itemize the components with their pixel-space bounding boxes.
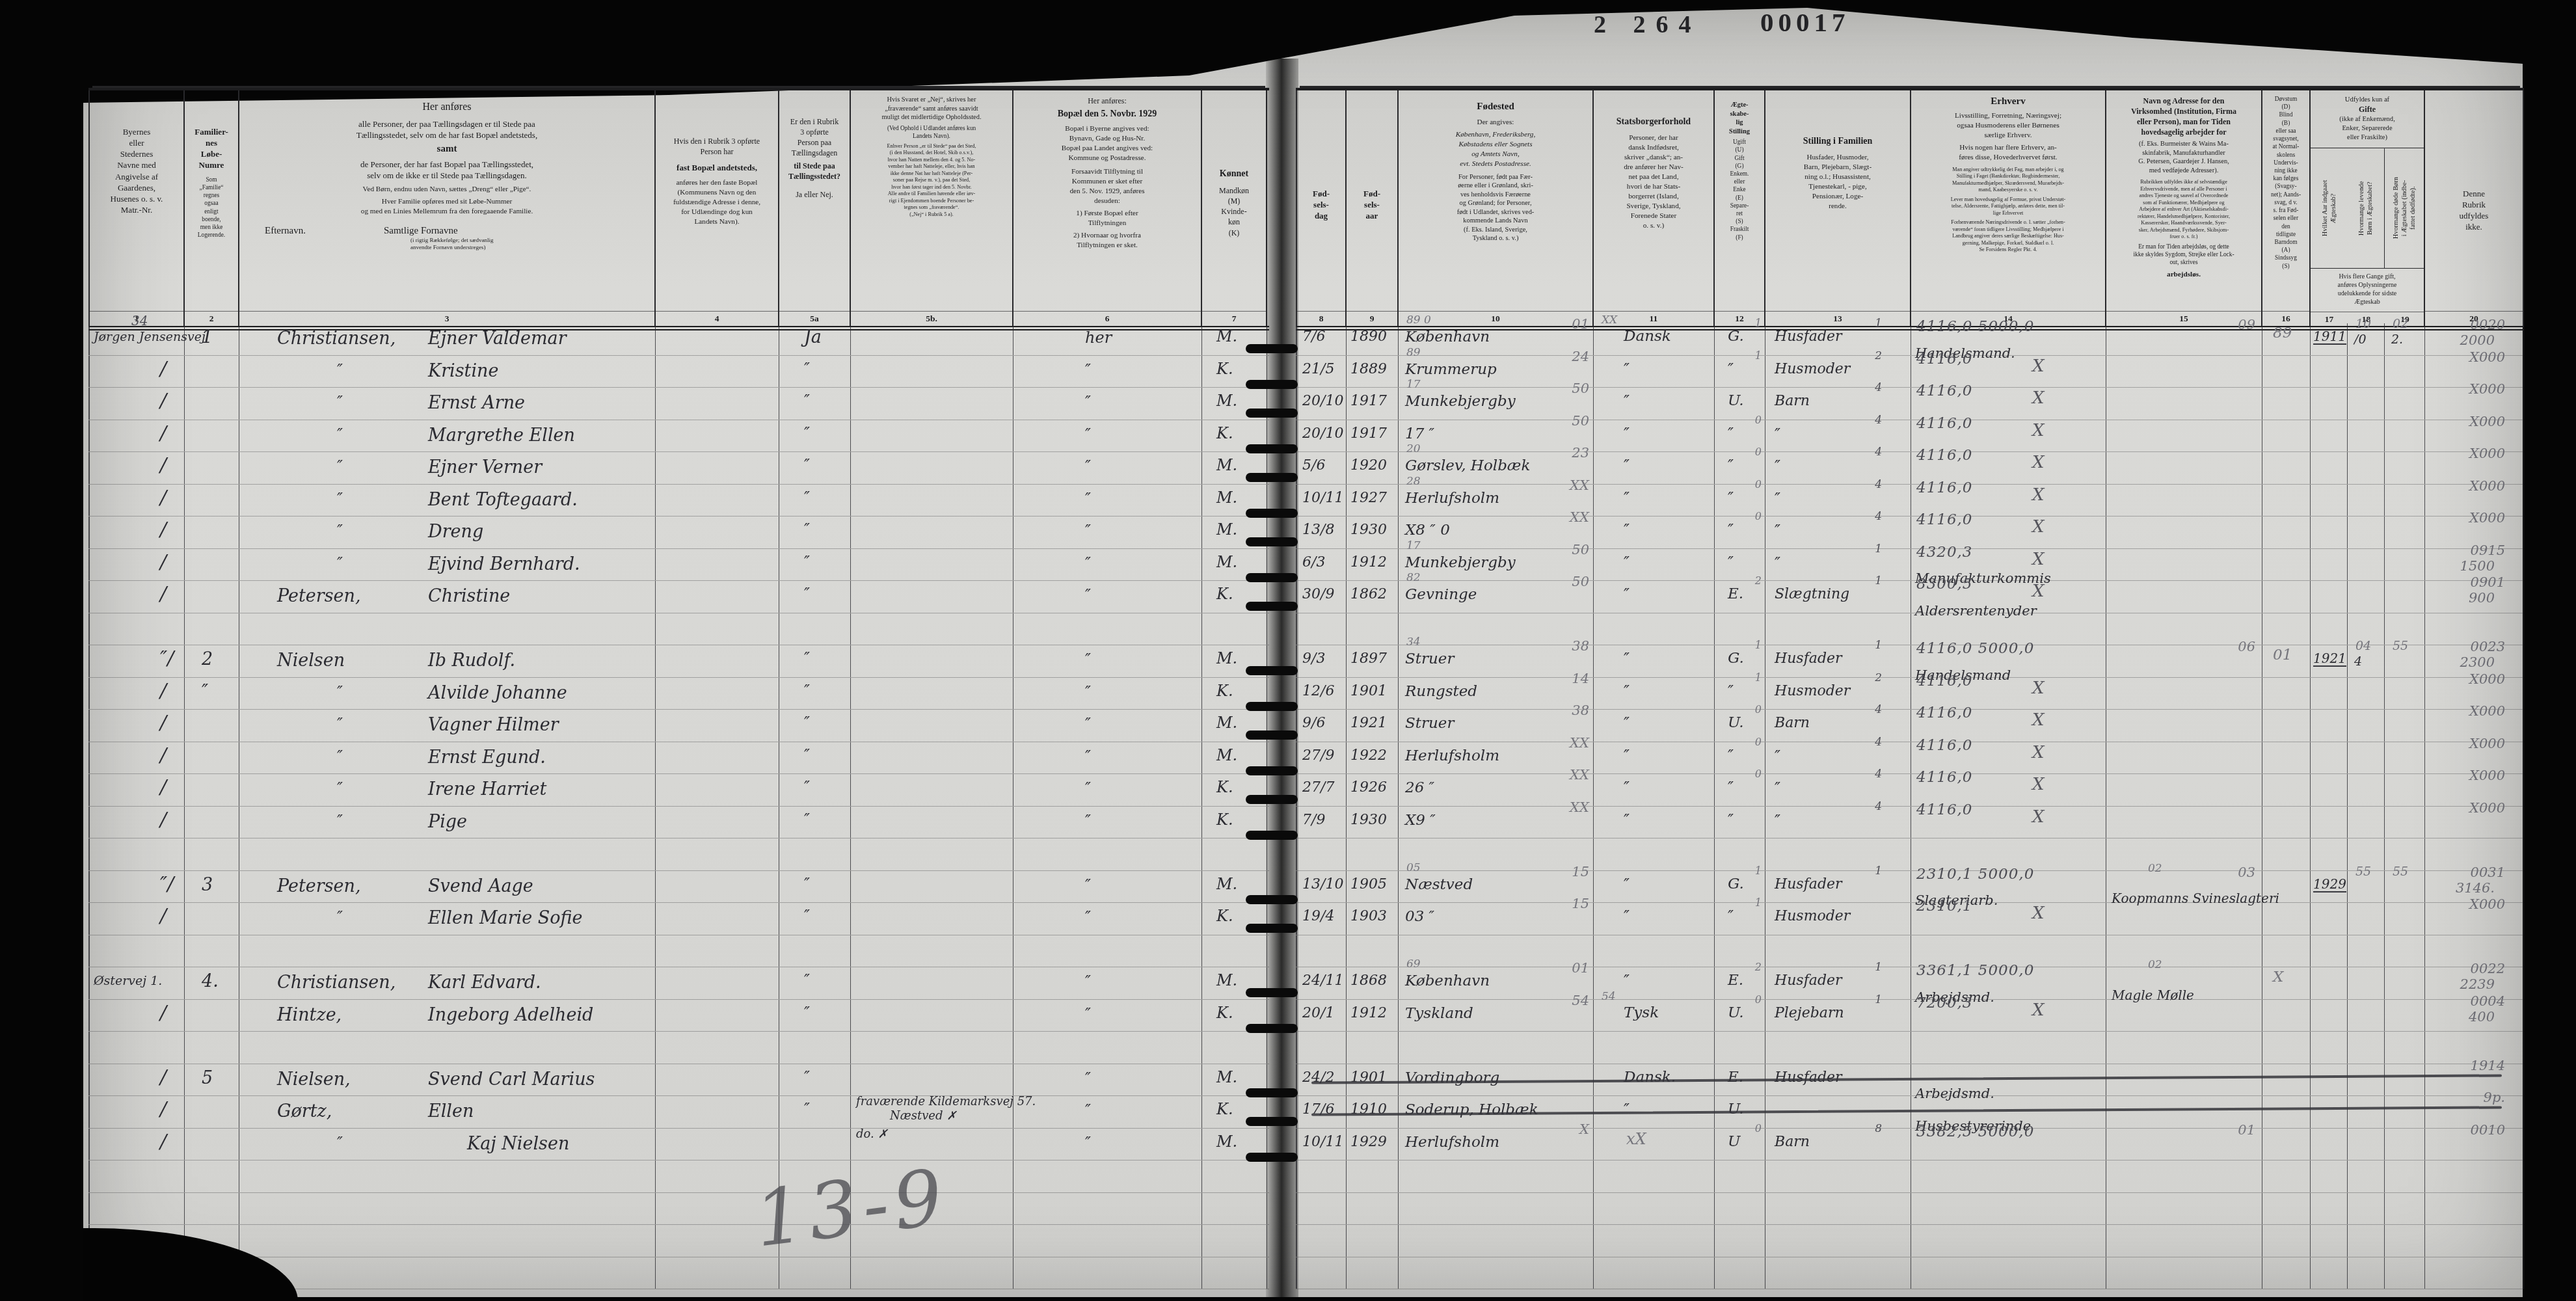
cell-employer: [2106, 420, 2262, 452]
cell-family-position: Husmoder: [1765, 903, 1911, 935]
cell-employer: 02Magle Mølle: [2106, 967, 2262, 999]
birth-day-text: 20/1: [1302, 1006, 1334, 1021]
marital-status-text: ″: [1728, 490, 1734, 506]
given-name-text: Alvilde Johanne: [428, 684, 567, 702]
present-text: ″: [804, 779, 810, 795]
cell-birth-day: 17/6: [1296, 1096, 1347, 1128]
cell-present: ″: [779, 420, 851, 452]
census-row-right: [1296, 838, 2524, 871]
birthplace-text: Herlufsholm: [1405, 491, 1499, 506]
cell-address: /: [88, 420, 185, 452]
cell-name: [239, 1225, 656, 1257]
birthplace-text: 03 ″: [1405, 909, 1434, 924]
cell-birth-day: [1296, 1160, 1347, 1192]
family-position-code: 1: [1875, 318, 1882, 329]
census-row-left: /″Ernst Arne″″M.: [88, 388, 1269, 420]
cell-family-position: Slægtning1: [1765, 581, 1911, 613]
cell-living-children: [2348, 1160, 2385, 1192]
cell-residence-1929: [1013, 935, 1202, 967]
present-text: ″: [804, 490, 810, 505]
cell-living-children: [2348, 1225, 2385, 1257]
cell-family-number: [185, 549, 239, 581]
cell-present: [779, 613, 851, 645]
birthplace-text: Herlufsholm: [1405, 749, 1499, 764]
cell-occupation: [1911, 1160, 2106, 1192]
family-position-text: ″: [1775, 523, 1780, 539]
cell-citizenship: ″: [1594, 549, 1715, 581]
absent-line1: fraværende Kildemarksvej 57.: [856, 1096, 1036, 1108]
cell-residence-1929: [1013, 1032, 1202, 1064]
col3-text-1: alle Personer, der paa Tællingsdagen er …: [243, 118, 651, 141]
cell-dead-children: [2385, 356, 2425, 388]
cell-disability: [2262, 1000, 2311, 1032]
citizenship-text: xX: [1626, 1131, 1646, 1147]
family-position-text: Barn: [1775, 394, 1810, 409]
cell-birthplace: Tyskland54: [1399, 1000, 1594, 1032]
cell-citizenship: ″: [1594, 710, 1715, 742]
census-row-left: /″Bent Toftegaard.″″M.: [88, 485, 1269, 517]
cell-address: /: [88, 807, 185, 838]
right-page: Fød- sels- dag 8 Fød- sels- aar 9 Fødest…: [1296, 88, 2524, 330]
cell-birth-year: [1347, 1032, 1399, 1064]
census-row-left: /5Nielsen,Svend Carl Marius″″M.: [88, 1064, 1269, 1097]
cell-absent: [851, 516, 1013, 548]
cell-employer: [2106, 742, 2262, 774]
cell-present: ″: [779, 903, 851, 935]
col14-fine-1: Man angiver udtrykkelig det Fag, man arb…: [1914, 167, 2102, 194]
cell-birth-day: 9/6: [1296, 710, 1347, 742]
col15-fine-1: Rubrikken udfyldes ikke af selvstændige …: [2110, 179, 2258, 241]
cell-other-residence: [656, 742, 779, 774]
address-text: /: [160, 778, 167, 798]
statistics-code-top: 0020: [2471, 318, 2505, 332]
cell-residence-1929: ″: [1013, 774, 1202, 806]
citizenship-text: ″: [1624, 748, 1630, 764]
gutter-mark: [1246, 766, 1298, 775]
cell-birth-year: 1917: [1347, 388, 1399, 420]
cell-birth-year: 1910: [1347, 1096, 1399, 1128]
cell-birthplace: 82Gevninge50: [1399, 581, 1594, 613]
birth-day-text: 7/6: [1302, 330, 1325, 344]
statistics-code-top: 0023: [2471, 640, 2505, 654]
statistics-code-bottom: 2000: [2460, 334, 2495, 347]
cell-family-number: [185, 1129, 239, 1160]
cell-birthplace: [1399, 1257, 1594, 1289]
cell-citizenship: [1594, 1225, 1715, 1257]
marital-status-text: E.: [1728, 973, 1743, 988]
col7-title: Kønnet: [1205, 168, 1263, 180]
cell-birthplace: 34Struer38: [1399, 645, 1594, 677]
cell-birth-year: 1868: [1347, 967, 1399, 999]
cell-family-position: [1765, 1193, 1911, 1225]
cell-occupation: 4116,0X: [1911, 807, 2106, 838]
cell-living-children: [2348, 1032, 2385, 1064]
birthplace-code-pre: 69: [1406, 959, 1421, 970]
birth-day-text: 10/11: [1302, 491, 1343, 505]
cell-address: /: [88, 485, 185, 516]
marital-code: 0: [1755, 704, 1762, 715]
col19-rotated-label: Hvormange døde Børn i Ægteskabet (indbe-…: [2385, 148, 2425, 268]
statistics-code-top: X000: [2469, 382, 2505, 396]
cell-present: [779, 838, 851, 870]
birthplace-code-pre: 82: [1406, 572, 1421, 583]
marital-code: 0: [1755, 415, 1762, 425]
citizenship-text: ″: [1624, 973, 1630, 989]
cell-absent: [851, 356, 1013, 388]
birth-year-text: 1917: [1350, 427, 1387, 441]
col4-text-2: anføres her den faste Bopæl (Kommunens N…: [659, 178, 775, 227]
birthplace-text: 17 ″: [1405, 427, 1434, 442]
cell-marriage-year: [2311, 1160, 2348, 1192]
employer-code-pre: 02: [2148, 959, 2162, 971]
address-text: /: [160, 811, 167, 830]
census-row-left: [88, 1160, 1269, 1193]
cell-absent: [851, 742, 1013, 774]
cell-disability: [2262, 807, 2311, 838]
cell-family-number: 3: [185, 871, 239, 903]
census-row-left: [88, 838, 1269, 871]
cell-disability: [2262, 485, 2311, 516]
occupation-x-mark: X: [2032, 680, 2045, 697]
address-text: /: [160, 714, 167, 733]
cell-residence-1929: ″: [1013, 356, 1202, 388]
cell-marital-status: ″1: [1715, 356, 1765, 388]
cell-disability: [2262, 356, 2311, 388]
gutter-mark: [1246, 473, 1298, 482]
living-children-bottom: /0: [2354, 334, 2367, 346]
cell-family-position: Husfader1: [1765, 323, 1911, 355]
surname-text: ″: [337, 749, 343, 764]
cell-disability: [2262, 516, 2311, 548]
surname-text: ″: [337, 427, 343, 442]
col6-text-1: Bopæl i Byerne angives ved: Bynavn, Gade…: [1017, 124, 1198, 163]
cell-absent: [851, 678, 1013, 710]
census-row-left: Østervej 1.4.Christiansen,Karl Edvard.″″…: [88, 967, 1269, 1000]
sex-text: K.: [1216, 779, 1233, 795]
marital-status-text: E.: [1728, 587, 1743, 602]
cell-living-children: [2348, 388, 2385, 420]
cell-marriage-year: [2311, 838, 2348, 870]
statistics-code-top: X000: [2469, 511, 2505, 525]
birth-day-text: 6/3: [1302, 556, 1325, 570]
cell-disability: 01: [2262, 645, 2311, 677]
cell-name: Petersen,Svend Aage: [239, 871, 656, 903]
cell-birth-year: [1347, 1225, 1399, 1257]
cell-birthplace: 20Gørslev, Holbæk23: [1399, 452, 1594, 484]
cell-dead-children: [2385, 420, 2425, 452]
citizenship-text: ″: [1624, 716, 1630, 731]
family-position-code: 4: [1875, 801, 1882, 812]
cell-absent: [851, 549, 1013, 581]
marital-code: 1: [1755, 866, 1762, 876]
cell-family-number: 4.: [185, 967, 239, 999]
census-row-right: [1296, 1160, 2524, 1193]
cell-dead-children: [2385, 1257, 2425, 1289]
address-text: /: [160, 907, 167, 926]
cell-name: [239, 838, 656, 870]
cell-disability: [2262, 388, 2311, 420]
cell-present: [779, 1257, 851, 1289]
cell-birth-day: 24/11: [1296, 967, 1347, 999]
cell-employer: [2106, 581, 2262, 613]
sex-text: M.: [1216, 747, 1237, 763]
cell-address: /: [88, 1096, 185, 1128]
residence-text: ″: [1085, 459, 1091, 474]
col20-header: Denne Rubrik udfyldes ikke. 20: [2425, 90, 2524, 326]
birth-year-text: 1903: [1350, 909, 1387, 924]
family-position-code: 1: [1875, 866, 1882, 877]
dead-children-top: 02: [2393, 318, 2408, 330]
cell-birth-day: 21/5: [1296, 356, 1347, 388]
census-row-right: 6/3191217Munkebjergby50″″″14320,3XManufa…: [1296, 549, 2524, 582]
cell-birth-year: 1890: [1347, 323, 1399, 355]
family-position-code: 4: [1875, 511, 1882, 522]
cell-birth-day: 10/11: [1296, 485, 1347, 516]
birth-year-text: 1917: [1350, 394, 1387, 409]
family-position-text: ″: [1775, 749, 1780, 764]
address-text: /: [160, 1133, 167, 1152]
cell-disability: [2262, 1032, 2311, 1064]
cell-dead-children: [2385, 1225, 2425, 1257]
group-header-line2: (ikke af Enkemænd, Enker, Separerede ell…: [2313, 115, 2421, 142]
sex-text: M.: [1216, 522, 1237, 537]
sex-text: K.: [1216, 1005, 1233, 1021]
given-name-text: Ejner Valdemar: [428, 330, 567, 347]
cell-employer: [2106, 1160, 2262, 1192]
sex-text: M.: [1216, 1134, 1237, 1149]
sex-text: M.: [1216, 715, 1237, 731]
cell-absent: [851, 1032, 1013, 1064]
cell-address: [88, 1160, 185, 1192]
cell-marital-status: ″1: [1715, 903, 1765, 935]
surname-text: ″: [337, 684, 343, 700]
cell-living-children: [2348, 742, 2385, 774]
col11-header: Statsborgerforhold Personer, der har dan…: [1594, 90, 1715, 326]
cell-birth-year: 1927: [1347, 485, 1399, 516]
birth-year-text: 1922: [1350, 749, 1387, 763]
col7-header: Kønnet Mandkøn (M) Kvinde- køn (K) 7: [1202, 90, 1267, 326]
col5b-text-2: (Ved Ophold i Udlandet anføres kun Lande…: [854, 125, 1009, 141]
statistics-code-top: X000: [2469, 479, 2505, 493]
cell-absent: [851, 903, 1013, 935]
cell-absent: [851, 485, 1013, 516]
birth-day-text: 10/11: [1302, 1135, 1343, 1149]
cell-employer: [2106, 1032, 2262, 1064]
census-row-left: /″Ellen Marie Sofie″″K.: [88, 903, 1269, 935]
cell-birth-year: 1930: [1347, 516, 1399, 548]
occupation-x-mark: X: [2032, 776, 2045, 793]
col3-firstnames-label: Samtlige Fornavne: [384, 226, 458, 237]
cell-citizenship: ″: [1594, 774, 1715, 806]
col13-text: Husfader, Husmoder, Barn, Plejebarn, Slæ…: [1769, 153, 1907, 211]
cell-living-children: [2348, 549, 2385, 581]
cell-living-children: [2348, 1000, 2385, 1032]
marital-code: 0: [1755, 479, 1762, 490]
given-name-text: Kaj Nielsen: [467, 1135, 569, 1153]
cell-marriage-year: [2311, 1225, 2348, 1257]
census-row-left: /″Margrethe Ellen″″K.: [88, 420, 1269, 453]
marital-status-text: ″: [1728, 812, 1734, 828]
sex-text: M.: [1216, 393, 1237, 409]
marital-code: 0: [1755, 1123, 1762, 1134]
citizenship-code: 54: [1602, 991, 1616, 1002]
present-text: ″: [804, 361, 810, 377]
birthplace-code-post: XX: [1570, 768, 1589, 782]
residence-text: ″: [1085, 523, 1091, 539]
cell-living-children: [2348, 1257, 2385, 1289]
census-row-left: /″Ejvind Bernhard.″″M.: [88, 549, 1269, 582]
col10-header: Fødested Der angives: København, Frederi…: [1399, 90, 1594, 326]
cell-absent: [851, 967, 1013, 999]
cell-marriage-year: [2311, 613, 2348, 645]
cell-other-residence: [656, 581, 779, 613]
cell-present: ″: [779, 452, 851, 484]
census-row-left: /″″Alvilde Johanne″″K.: [88, 678, 1269, 710]
occupation-code: 2310,1 5000,0: [1916, 867, 2034, 882]
cell-employer: [2106, 774, 2262, 806]
cell-sex: [1202, 1032, 1267, 1064]
cell-employer: [2106, 549, 2262, 581]
family-position-code: 1: [1875, 576, 1882, 587]
cell-employer: [2106, 678, 2262, 710]
present-text: ″: [804, 812, 810, 827]
cell-family-number: [185, 613, 239, 645]
cell-address: /: [88, 356, 185, 388]
birth-year-text: 1920: [1350, 459, 1387, 473]
census-row-left: /″Vagner Hilmer″″M.: [88, 710, 1269, 742]
given-name-text: Ellen: [428, 1103, 474, 1120]
family-position-code: 4: [1875, 382, 1882, 394]
cell-birth-year: 1897: [1347, 645, 1399, 677]
cell-dead-children: 55: [2385, 871, 2425, 903]
occupation-code: 4116,0: [1916, 803, 1972, 818]
cell-employer: 01: [2106, 1129, 2262, 1160]
sex-text: M.: [1216, 329, 1237, 344]
cell-birthplace: HerlufsholmXX: [1399, 742, 1594, 774]
cell-disability: [2262, 1129, 2311, 1160]
birth-day-text: 19/4: [1302, 909, 1334, 924]
cell-citizenship: ″: [1594, 581, 1715, 613]
cell-citizenship: xX: [1594, 1129, 1715, 1160]
cell-marital-status: ″0: [1715, 774, 1765, 806]
cell-address: /: [88, 388, 185, 420]
marital-status-text: ″: [1728, 684, 1734, 699]
census-row-left: [88, 613, 1269, 646]
census-row-left: ″/2NielsenIb Rudolf.″″M.: [88, 645, 1269, 678]
cell-marriage-year: [2311, 967, 2348, 999]
birth-year-text: 1889: [1350, 362, 1387, 377]
surname-text: ″: [337, 556, 343, 571]
family-position-text: Husmoder: [1775, 362, 1850, 377]
marital-status-text: G.: [1728, 329, 1744, 344]
birthplace-code-post: 01: [1572, 961, 1589, 975]
cell-residence-1929: ″: [1013, 388, 1202, 420]
cell-dead-children: [2385, 967, 2425, 999]
cell-name: [239, 613, 656, 645]
cell-name: Christiansen,Ejner Valdemar: [239, 323, 656, 355]
present-text: ″: [804, 586, 810, 602]
address-text: Jørgen Jensensvej: [94, 331, 206, 343]
occupation-x-mark: X: [2032, 712, 2045, 729]
cell-birth-year: 1921: [1347, 710, 1399, 742]
family-position-text: Husmoder: [1775, 684, 1850, 699]
birth-year-text: 1890: [1350, 330, 1387, 344]
cell-family-position: Plejebarn1: [1765, 1000, 1911, 1032]
cell-residence-1929: ″: [1013, 1129, 1202, 1160]
marriage-year-text: 1921: [2313, 652, 2346, 667]
occupation-code: 4116,0 5000,0: [1916, 641, 2034, 656]
cell-marital-status: U.0: [1715, 1000, 1765, 1032]
cell-birth-year: 1903: [1347, 903, 1399, 935]
citizenship-text: ″: [1624, 780, 1630, 796]
birthplace-text: Soderup, Holbæk: [1405, 1103, 1538, 1118]
col14-header: Erhverv Livsstilling, Forretning, Næring…: [1911, 90, 2106, 326]
cell-family-number: [185, 420, 239, 452]
cell-sex: [1202, 1225, 1267, 1257]
residence-text: ″: [1085, 1135, 1091, 1151]
cell-birth-year: [1347, 838, 1399, 870]
family-position-text: ″: [1775, 813, 1780, 829]
group-footer: Hvis flere Gange gift, anføres Oplysning…: [2311, 268, 2424, 310]
cell-family-number: ″: [185, 678, 239, 710]
cell-dead-children: [2385, 452, 2425, 484]
cell-disability: [2262, 774, 2311, 806]
birthplace-text: Struer: [1405, 652, 1454, 667]
cell-living-children: [2348, 1064, 2385, 1096]
census-row-right: [1296, 613, 2524, 646]
cell-living-children: [2348, 1096, 2385, 1128]
cell-birth-day: 6/3: [1296, 549, 1347, 581]
birth-year-text: 1930: [1350, 523, 1387, 537]
census-row-left: [88, 1193, 1269, 1226]
cell-living-children: [2348, 516, 2385, 548]
census-row-right: [1296, 1257, 2524, 1290]
citizenship-text: Dansk: [1624, 329, 1671, 344]
cell-residence-1929: ″: [1013, 807, 1202, 838]
statistics-code-top: X000: [2469, 737, 2505, 751]
given-name-text: Ingeborg Adelheid: [428, 1006, 593, 1024]
birth-year-text: 1921: [1350, 716, 1387, 731]
census-row-right: 13/81930X8 ″ 0XX″″0″44116,0XX000: [1296, 516, 2524, 549]
cell-employer: [2106, 1225, 2262, 1257]
present-text: ″: [804, 1069, 810, 1085]
cell-citizenship: XXDansk: [1594, 323, 1715, 355]
statistics-code-top: 0031: [2471, 866, 2505, 879]
cell-citizenship: ″: [1594, 903, 1715, 935]
cell-disability: [2262, 742, 2311, 774]
surname-text: Christiansen,: [277, 974, 396, 991]
residence-text: ″: [1085, 684, 1091, 700]
given-name-text: Vagner Hilmer: [428, 716, 559, 734]
statistics-code-top: 0915: [2471, 544, 2505, 557]
citizenship-text: ″: [1624, 490, 1630, 506]
residence-text: ″: [1085, 587, 1091, 603]
col20-text: Denne Rubrik udfyldes ikke.: [2428, 188, 2519, 233]
cell-family-number: [185, 935, 239, 967]
birthplace-text: Krummerup: [1405, 362, 1497, 377]
cell-absent: [851, 1064, 1013, 1096]
cell-living-children: 10/0: [2348, 323, 2385, 355]
cell-dead-children: [2385, 1129, 2425, 1160]
birthplace-code-pre: 20: [1406, 444, 1421, 455]
present-text: ″: [804, 457, 810, 473]
family-number-text: 5: [202, 1069, 213, 1087]
marital-code: 2: [1755, 962, 1762, 972]
birthplace-text: København: [1405, 974, 1490, 989]
cell-marital-status: E.2: [1715, 581, 1765, 613]
given-name-text: Dreng: [428, 523, 483, 541]
cell-family-number: [185, 1096, 239, 1128]
